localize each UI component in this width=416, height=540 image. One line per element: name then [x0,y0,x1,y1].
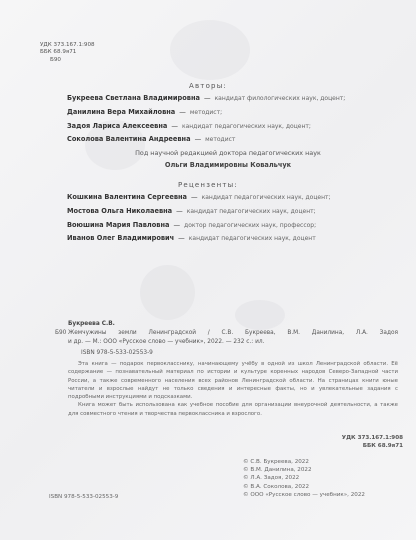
classification-top: УДК 373.167.1:908 ББК 68.9я71 Б90 [40,42,95,64]
author-item: Букреева Светлана Владимировна—кандидат … [67,92,345,106]
biblio-author: Букреева С.В. [68,320,115,329]
reviewer-name: Мостова Ольга Николаевна [67,207,172,215]
reviewer-item: Воюшина Мария Павловна—доктор педагогиче… [67,219,331,233]
author-role: методист [205,136,235,143]
author-mark: Б90 [40,57,95,64]
reviewers-heading: Рецензенты: [0,181,416,189]
udk-code: УДК 373.167.1:908 [40,42,95,49]
reviewer-name: Кошкина Валентина Сергеевна [67,193,187,201]
dash: — [178,234,185,242]
author-name: Соколова Валентина Андреевна [67,135,191,143]
book-imprint-page: УДК 373.167.1:908 ББК 68.9я71 Б90 Авторы… [0,0,416,540]
dash: — [195,135,202,143]
copyright-item: © В.М. Данилина, 2022 [243,466,365,474]
editor-line: Под научной редакцией доктора педагогиче… [20,149,416,157]
bbk-code: ББК 68.9я71 [40,49,95,56]
annotation-paragraph: Эта книга — подарок первокласснику, начи… [68,360,398,401]
editor-name-wrap: Ольги Владимировны Ковальчук [20,161,416,169]
bbk-code: ББК 68.9я71 [342,442,403,450]
copyright-item: © Л.А. Задоя, 2022 [243,474,365,482]
reviewer-role: доктор педагогических наук, профессор; [184,222,316,229]
author-item: Задоя Лариса Алексеевна—кандидат педагог… [67,120,345,134]
dash: — [176,207,183,215]
footer-isbn: ISBN 978-5-533-02553-9 [49,493,118,501]
author-item: Данилина Вера Михайловна—методист; [67,106,345,120]
author-item: Соколова Валентина Андреевна—методист [67,133,345,147]
dash: — [171,122,178,130]
reviewer-name: Воюшина Мария Павловна [67,221,169,229]
copyright-item: © ООО «Русское слово — учебник», 2022 [243,491,365,499]
editor-name: Ольги Владимировны Ковальчук [20,161,416,169]
author-name: Задоя Лариса Алексеевна [67,122,167,130]
udk-code: УДК 373.167.1:908 [342,434,403,442]
classification-bottom: УДК 373.167.1:908 ББК 68.9я71 [342,434,403,450]
biblio-description-2: и др. — М.: ООО «Русское слово — учебник… [68,338,264,347]
reviewers-list: Кошкина Валентина Сергеевна—кандидат пед… [67,191,331,246]
annotation-paragraph: Книга может быть использована как учебно… [68,401,398,418]
dash: — [179,108,186,116]
authors-heading-wrap: Авторы: [0,82,416,90]
authors-heading: Авторы: [0,82,416,90]
background-watermark [140,265,195,320]
reviewer-role: кандидат педагогических наук, доцент; [202,194,331,201]
biblio-mark: Б90 [55,329,66,338]
reviewer-item: Иванов Олег Владимирович—кандидат педаго… [67,232,331,246]
copyright-list: © С.В. Букреева, 2022 © В.М. Данилина, 2… [243,458,365,499]
editor-block: Под научной редакцией доктора педагогиче… [20,149,416,157]
reviewer-name: Иванов Олег Владимирович [67,234,174,242]
reviewer-item: Мостова Ольга Николаевна—кандидат педаго… [67,205,331,219]
author-role: кандидат педагогических наук, доцент; [182,123,311,130]
dash: — [173,221,180,229]
biblio-description-1: Жемчужины земли Ленинградской / С.В. Бук… [68,329,398,338]
dash: — [204,94,211,102]
background-watermark [235,300,285,330]
author-name: Данилина Вера Михайловна [67,108,175,116]
reviewer-item: Кошкина Валентина Сергеевна—кандидат пед… [67,191,331,205]
annotation: Эта книга — подарок первокласснику, начи… [68,360,398,418]
reviewer-role: кандидат педагогических наук, доцент; [187,208,316,215]
background-watermark [170,20,250,80]
author-role: методист; [190,109,222,116]
author-role: кандидат филологических наук, доцент; [215,95,346,102]
copyright-item: © С.В. Букреева, 2022 [243,458,365,466]
biblio-isbn: ISBN 978-5-533-02553-9 [81,349,153,358]
author-name: Букреева Светлана Владимировна [67,94,200,102]
dash: — [191,193,198,201]
copyright-item: © В.А. Соколова, 2022 [243,483,365,491]
reviewer-role: кандидат педагогических наук, доцент [189,235,316,242]
reviewers-heading-wrap: Рецензенты: [0,181,416,189]
authors-list: Букреева Светлана Владимировна—кандидат … [67,92,345,147]
